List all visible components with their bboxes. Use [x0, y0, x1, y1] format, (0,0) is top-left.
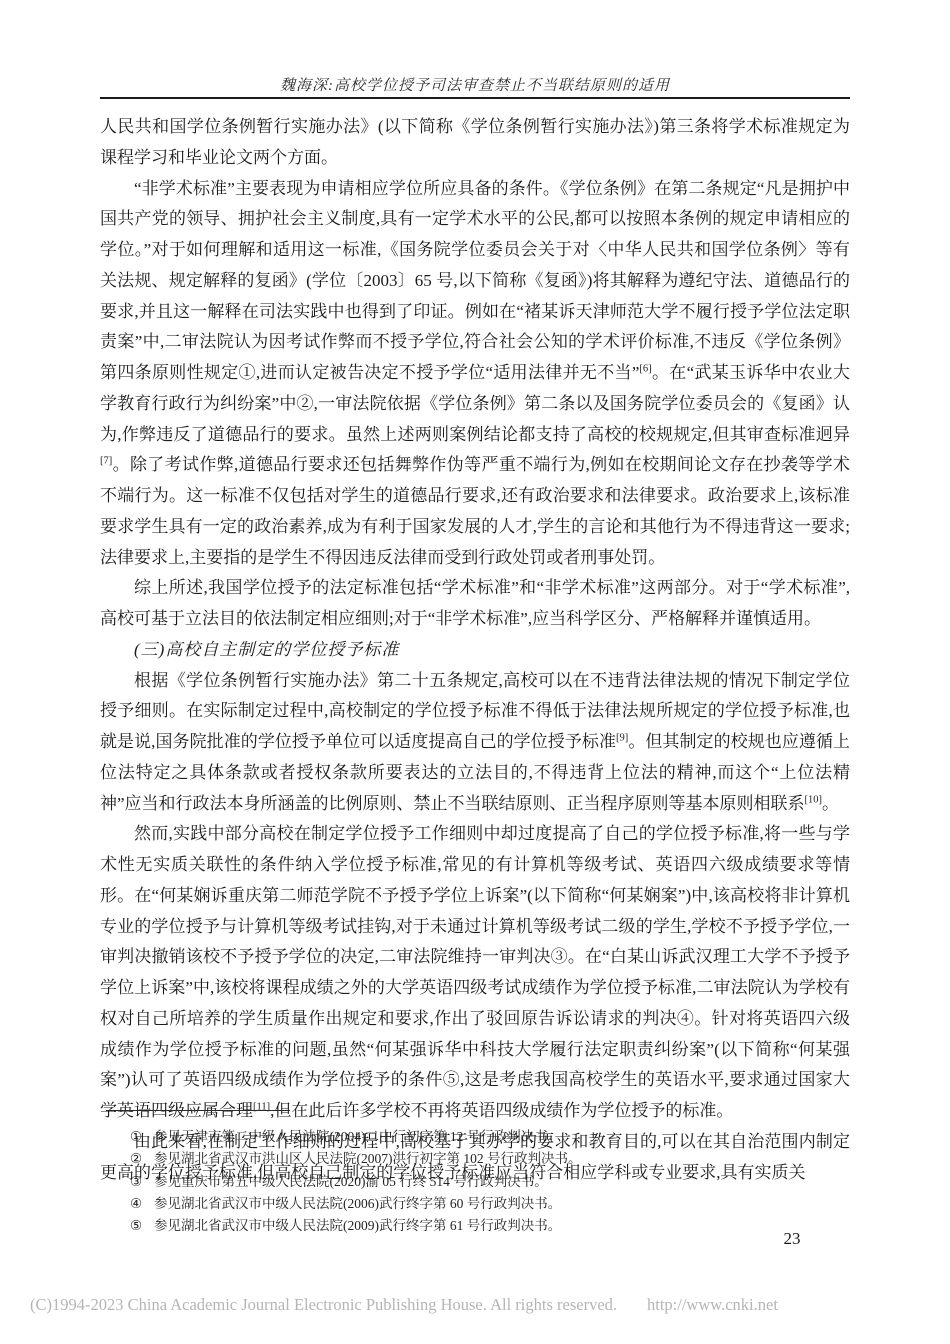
footnote-marker: ② — [130, 1148, 154, 1170]
page-number: 23 — [768, 1229, 816, 1249]
citation-reference: [9] — [616, 732, 628, 743]
footnote-text: 参见湖北省武汉市洪山区人民法院(2007)洪行初字第 102 号行政判决书。 — [154, 1148, 850, 1170]
paragraph-continuation: 人民共和国学位条例暂行实施办法》(以下简称《学位条例暂行实施办法》)第三条将学术… — [100, 112, 850, 174]
copyright-text: (C)1994-2023 China Academic Journal Elec… — [30, 1295, 617, 1314]
footnote-item: ③参见重庆市第五中级人民法院(2020)渝 05 行终 514 号行政判决书。 — [100, 1171, 850, 1193]
cnki-url[interactable]: http://www.cnki.net — [647, 1295, 778, 1314]
citation-reference: [7] — [100, 456, 112, 467]
footnote-item: ②参见湖北省武汉市洪山区人民法院(2007)洪行初字第 102 号行政判决书。 — [100, 1148, 850, 1170]
footnote-marker: ④ — [130, 1193, 154, 1215]
footnote-separator — [106, 1110, 290, 1111]
footnote-text: 参见天津市第二中级人民法院(2004)二中行初字第 12 号行政判决书。 — [154, 1126, 850, 1148]
footnote-marker: ① — [130, 1126, 154, 1148]
footnote-text: 参见重庆市第五中级人民法院(2020)渝 05 行终 514 号行政判决书。 — [154, 1171, 850, 1193]
paragraph-university-rules: 根据《学位条例暂行实施办法》第二十五条规定,高校可以在不违背法律法规的情况下制定… — [100, 666, 850, 820]
citation-reference: [6] — [639, 363, 651, 374]
footnote-text: 参见湖北省武汉市中级人民法院(2009)武行终字第 61 号行政判决书。 — [154, 1215, 850, 1237]
copyright-footer: (C)1994-2023 China Academic Journal Elec… — [30, 1295, 930, 1315]
citation-reference: [10] — [805, 794, 823, 805]
header-rule — [100, 97, 850, 99]
footnote-marker: ③ — [130, 1171, 154, 1193]
paragraph-practice-cases: 然而,实践中部分高校在制定学位授予工作细则中却过度提高了自己的学位授予标准,将一… — [100, 819, 850, 1127]
article-body: 人民共和国学位条例暂行实施办法》(以下简称《学位条例暂行实施办法》)第三条将学术… — [100, 112, 850, 1188]
footnote-item: ⑤参见湖北省武汉市中级人民法院(2009)武行终字第 61 号行政判决书。 — [100, 1215, 850, 1237]
footnote-marker: ⑤ — [130, 1215, 154, 1237]
paragraph-non-academic-standard: “非学术标准”主要表现为申请相应学位所应具备的条件。《学位条例》在第二条规定“凡… — [100, 174, 850, 574]
section-heading-3: (三)高校自主制定的学位授予标准 — [100, 635, 850, 666]
footnote-text: 参见湖北省武汉市中级人民法院(2006)武行终字第 60 号行政判决书。 — [154, 1193, 850, 1215]
footnotes-list: ①参见天津市第二中级人民法院(2004)二中行初字第 12 号行政判决书。②参见… — [100, 1126, 850, 1237]
paragraph-summary: 综上所述,我国学位授予的法定标准包括“学术标准”和“非学术标准”这两部分。对于“… — [100, 573, 850, 635]
journal-page: 魏海深:高校学位授予司法审查禁止不当联结原则的适用 人民共和国学位条例暂行实施办… — [0, 0, 950, 1344]
footnote-item: ④参见湖北省武汉市中级人民法院(2006)武行终字第 60 号行政判决书。 — [100, 1193, 850, 1215]
footnote-item: ①参见天津市第二中级人民法院(2004)二中行初字第 12 号行政判决书。 — [100, 1126, 850, 1148]
running-header-title: 魏海深:高校学位授予司法审查禁止不当联结原则的适用 — [100, 74, 850, 95]
